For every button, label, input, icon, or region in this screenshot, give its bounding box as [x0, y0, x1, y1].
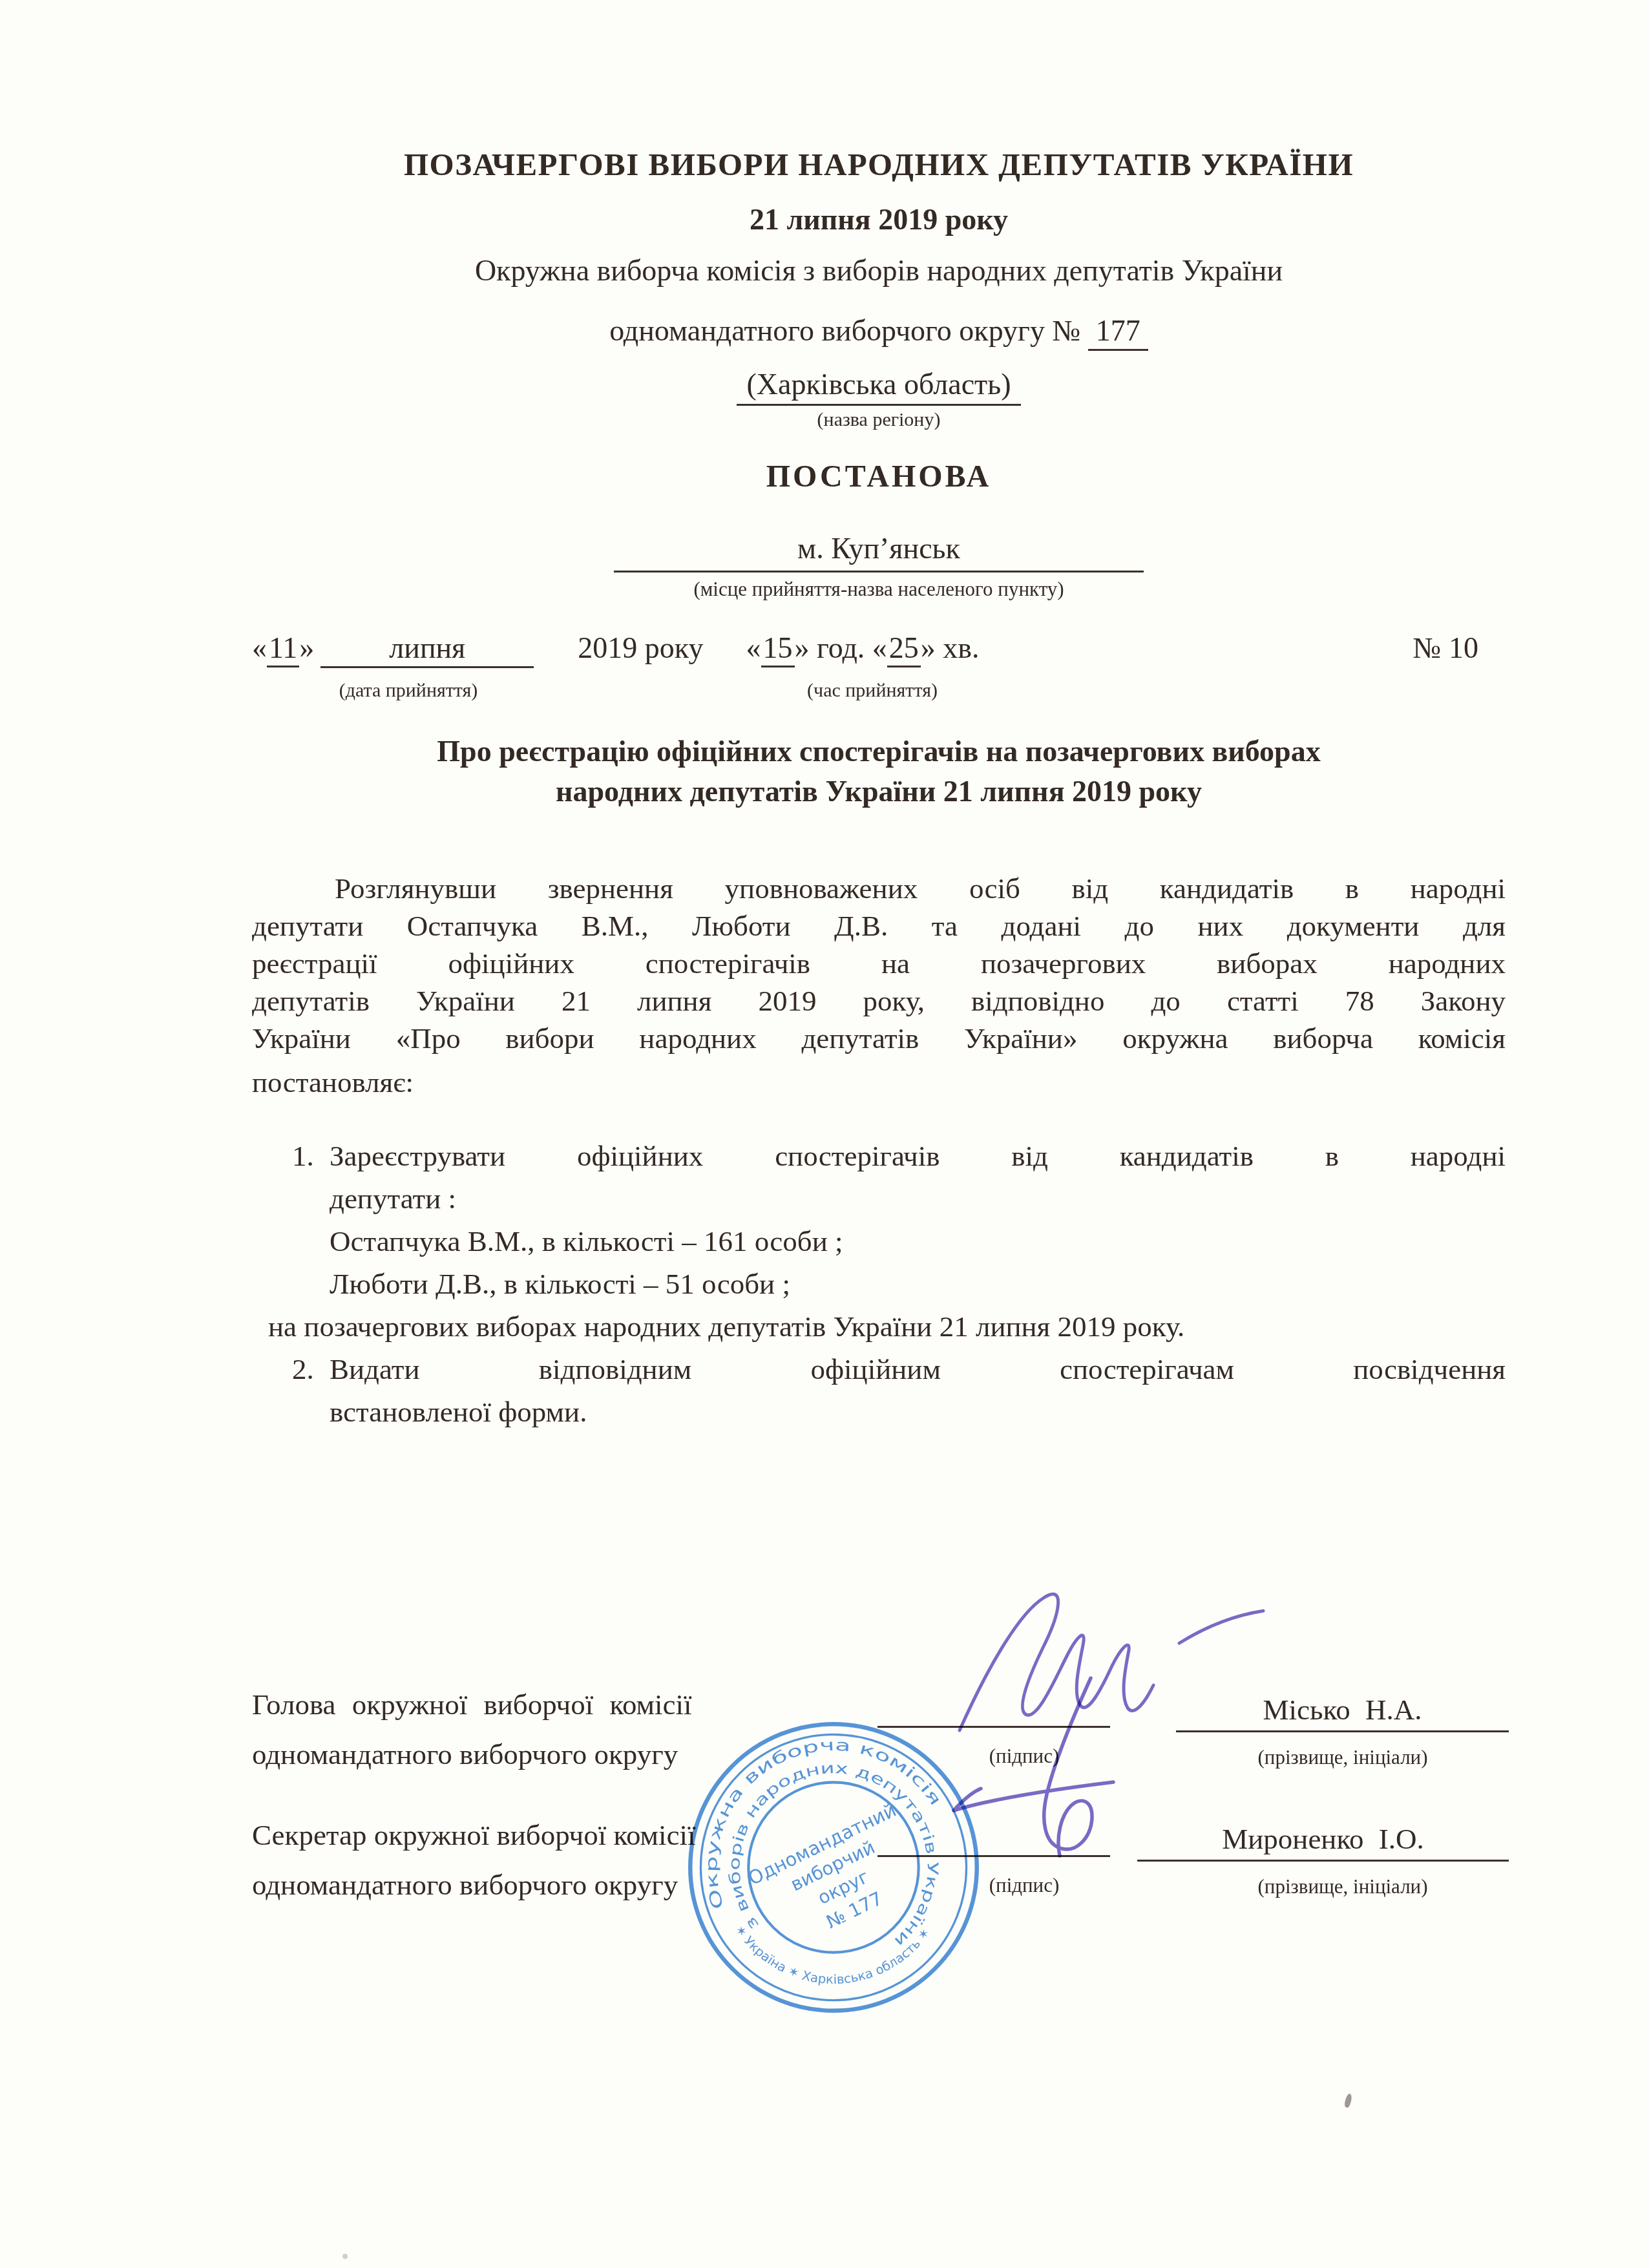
signature-stroke — [1044, 1678, 1092, 1856]
time-hour: 15 — [761, 631, 795, 667]
quote-close: » — [795, 631, 810, 664]
paragraph-line: реєстрації офіційних спостерігачів на по… — [252, 945, 1506, 982]
number-sign: № — [1052, 314, 1080, 347]
region-name: (Харківська область) — [737, 368, 1022, 406]
signer-role: одномандатного виборчого округу — [252, 1738, 678, 1771]
candidate-count-line: Люботи Д.В., в кількості – 51 особи ; — [330, 1263, 1506, 1305]
commission-name: Окружна виборча комісія з виборів народн… — [252, 253, 1506, 288]
signature-dash-stroke — [1179, 1611, 1263, 1643]
paragraph-line: депутати Остапчука В.М., Люботи Д.В. та … — [252, 907, 1506, 945]
paragraph-line: Розглянувши звернення уповноважених осіб… — [252, 870, 1506, 907]
place-caption: (місце прийняття-назва населеного пункту… — [252, 578, 1506, 601]
date-day-group: «11» — [252, 631, 314, 665]
scan-artifact — [342, 2254, 348, 2259]
document-header: ПОЗАЧЕРГОВІ ВИБОРИ НАРОДНИХ ДЕПУТАТІВ УК… — [252, 146, 1506, 431]
signer-role: Голова окружної виборчої комісії — [252, 1688, 692, 1721]
district-line: одномандатного виборчого округу № 177 — [252, 313, 1506, 348]
signer-name: Мироненко І.О. — [1137, 1822, 1509, 1862]
time-caption: (час прийняття) — [807, 680, 938, 702]
list-item-line: встановленої форми. — [330, 1391, 1506, 1433]
paragraph-line: України «Про вибори народних депутатів У… — [252, 1020, 1506, 1057]
quote-close: » — [921, 631, 936, 664]
handwritten-signature-secretary — [929, 1662, 1136, 1875]
election-title: ПОЗАЧЕРГОВІ ВИБОРИ НАРОДНИХ ДЕПУТАТІВ УК… — [252, 146, 1506, 183]
date-month: липня — [320, 631, 534, 668]
document-number: № 10 — [1413, 631, 1478, 665]
scan-artifact — [1343, 2093, 1352, 2108]
subject-title-line2: народних депутатів України 21 липня 2019… — [556, 775, 1202, 808]
act-type-heading: ПОСТАНОВА — [252, 459, 1506, 494]
time-minute: 25 — [887, 631, 921, 667]
list-item-tail: на позачергових виборах народних депутат… — [268, 1305, 1506, 1348]
place-block: м. Куп’янськ (місце прийняття-назва насе… — [252, 531, 1506, 601]
paragraph-line: депутатів України 21 липня 2019 року, ві… — [252, 982, 1506, 1020]
region-line: (Харківська область) — [252, 367, 1506, 401]
subject-title: Про реєстрацію офіційних спостерігачів н… — [252, 731, 1506, 812]
district-text: одномандатного виборчого округу — [609, 314, 1045, 347]
signer-role: одномандатного виборчого округу — [252, 1868, 678, 1902]
election-date: 21 липня 2019 року — [252, 202, 1506, 236]
date-day: 11 — [267, 631, 299, 667]
date-number-row: «11» липня 2019 року «15» год. «25» хв. … — [252, 631, 1506, 668]
quote-open: « — [746, 631, 761, 664]
quote-open: « — [252, 631, 267, 664]
list-item-line: Видати відповідним офіційним спостерігач… — [330, 1348, 1506, 1391]
district-number: 177 — [1088, 314, 1148, 351]
time-group: «15» год. «25» хв. — [746, 631, 980, 665]
scanned-resolution-page: ПОЗАЧЕРГОВІ ВИБОРИ НАРОДНИХ ДЕПУТАТІВ УК… — [0, 0, 1649, 2268]
resolution-list: 1. 2. Зареєструвати офіційних спостеріга… — [252, 1135, 1506, 1433]
date-caption: (дата прийняття) — [339, 680, 478, 702]
date-year: 2019 року — [578, 631, 703, 665]
quote-open: « — [872, 631, 887, 664]
quote-close: » — [299, 631, 314, 664]
subject-title-line1: Про реєстрацію офіційних спостерігачів н… — [437, 735, 1320, 768]
list-item-line: депутати : — [330, 1177, 1506, 1220]
hour-unit: год. — [817, 631, 865, 664]
region-caption: (назва регіону) — [252, 409, 1506, 431]
main-paragraph: Розглянувши звернення уповноважених осіб… — [252, 870, 1506, 1101]
minute-unit: хв. — [943, 631, 979, 664]
paragraph-line: постановляє: — [252, 1064, 1506, 1101]
signature-caption: (підпис) — [989, 1874, 1060, 1897]
list-item-number: 1. — [292, 1135, 314, 1177]
candidate-count-line: Остапчука В.М., в кількості – 161 особи … — [330, 1220, 1506, 1263]
list-item-line: Зареєструвати офіційних спостерігачів ві… — [330, 1135, 1506, 1177]
date-captions: (дата прийняття) (час прийняття) — [252, 680, 1506, 706]
signer-role: Секретар окружної виборчої комісії — [252, 1818, 696, 1852]
place-name: м. Куп’янськ — [614, 531, 1144, 572]
name-caption: (прізвище, ініціали) — [1257, 1875, 1427, 1898]
list-item-number: 2. — [292, 1348, 314, 1391]
